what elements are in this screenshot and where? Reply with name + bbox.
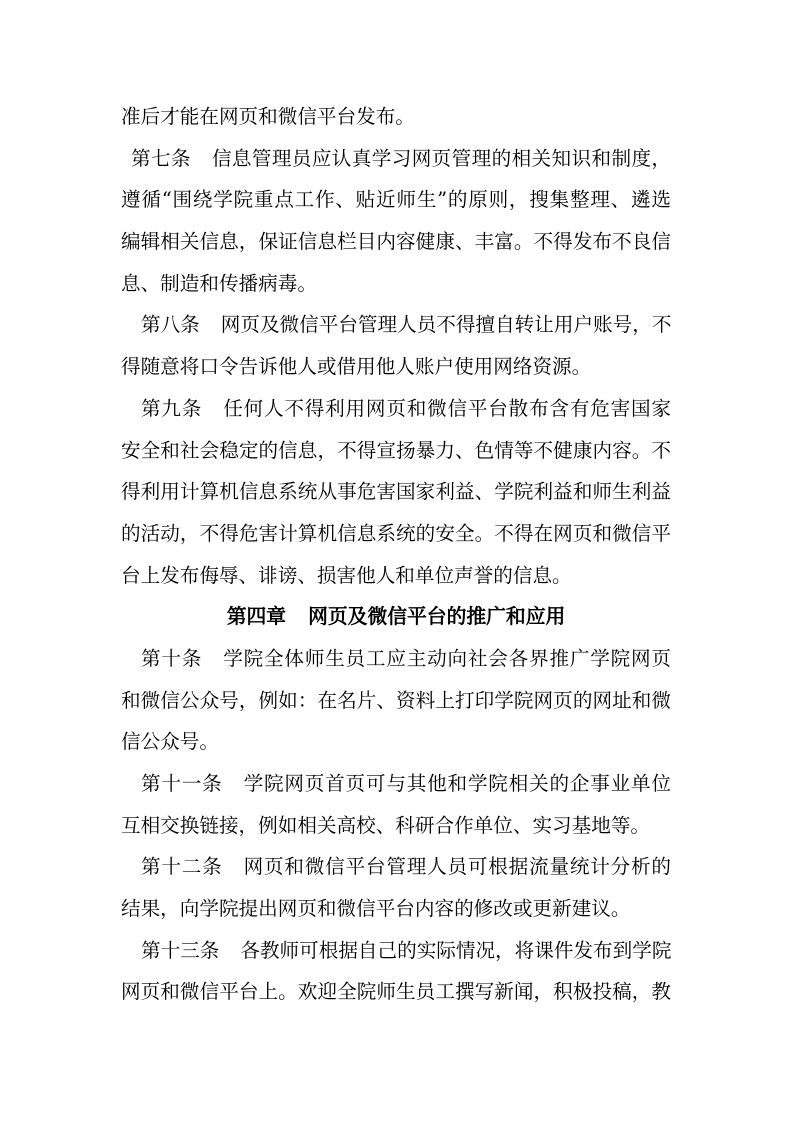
continued-paragraph-line: 准后才能在网页和微信平台发布。: [121, 96, 671, 138]
article-8: 第八条网页及微信平台管理人员不得擅自转让用户账号，不 得随意将口令告诉他人或借用…: [121, 304, 671, 387]
article-label: 第十三条: [141, 939, 219, 962]
article-line: 安全和社会稳定的信息，不得宣扬暴力、色情等不健康内容。不: [121, 430, 671, 472]
article-first-line: 第十三条各教师可根据自己的实际情况，将课件发布到学院: [121, 930, 671, 972]
article-line: 得随意将口令告诉他人或借用他人账户使用网络资源。: [121, 346, 671, 388]
article-first-line: 第八条网页及微信平台管理人员不得擅自转让用户账号，不: [121, 304, 671, 346]
article-text: 各教师可根据自己的实际情况，将课件发布到学院: [240, 939, 671, 962]
article-line: 息、制造和传播病毒。: [121, 263, 671, 305]
article-10: 第十条学院全体师生员工应主动向社会各界推广学院网页 和微信公众号，例如：在名片、…: [121, 638, 671, 763]
article-label: 第八条: [141, 313, 200, 336]
article-text: 网页和微信平台管理人员可根据流量统计分析的: [244, 855, 671, 878]
article-first-line: 第十二条网页和微信平台管理人员可根据流量统计分析的: [121, 846, 671, 888]
article-first-line: 第十条学院全体师生员工应主动向社会各界推广学院网页: [121, 638, 671, 680]
article-line: 的活动，不得危害计算机信息系统的安全。不得在网页和微信平: [121, 513, 671, 555]
article-11: 第十一条学院网页首页可与其他和学院相关的企事业单位 互相交换链接，例如相关高校、…: [121, 763, 671, 846]
article-label: 第十一条: [141, 772, 223, 795]
article-line: 结果，向学院提出网页和微信平台内容的修改或更新建议。: [121, 888, 671, 930]
article-line: 台上发布侮辱、诽谤、损害他人和单位声誉的信息。: [121, 555, 671, 597]
document-page: 准后才能在网页和微信平台发布。 第七条信息管理员应认真学习网页管理的相关知识和制…: [0, 0, 793, 1122]
article-text: 任何人不得利用网页和微信平台散布含有危害国家: [223, 397, 671, 420]
article-first-line: 第十一条学院网页首页可与其他和学院相关的企事业单位: [121, 763, 671, 805]
article-label: 第七条: [131, 147, 191, 170]
article-7: 第七条信息管理员应认真学习网页管理的相关知识和制度， 遵循“围绕学院重点工作、贴…: [121, 138, 671, 305]
article-line: 和微信公众号，例如：在名片、资料上打印学院网页的网址和微: [121, 680, 671, 722]
article-first-line: 第七条信息管理员应认真学习网页管理的相关知识和制度，: [121, 138, 671, 180]
article-text: 网页及微信平台管理人员不得擅自转让用户账号，不: [221, 313, 672, 336]
article-line: 信公众号。: [121, 721, 671, 763]
article-label: 第九条: [141, 397, 202, 420]
article-text: 学院全体师生员工应主动向社会各界推广学院网页: [223, 647, 671, 670]
article-label: 第十条: [141, 647, 202, 670]
chapter-title: 网页及微信平台的推广和应用: [308, 605, 565, 628]
page-body: 准后才能在网页和微信平台发布。 第七条信息管理员应认真学习网页管理的相关知识和制…: [121, 96, 671, 1013]
chapter-number: 第四章: [227, 605, 286, 628]
article-label: 第十二条: [141, 855, 223, 878]
article-line: 编辑相关信息，保证信息栏目内容健康、丰富。不得发布不良信: [121, 221, 671, 263]
article-9: 第九条任何人不得利用网页和微信平台散布含有危害国家 安全和社会稳定的信息，不得宣…: [121, 388, 671, 596]
article-line: 网页和微信平台上。欢迎全院师生员工撰写新闻，积极投稿，教: [121, 971, 671, 1013]
article-text: 信息管理员应认真学习网页管理的相关知识和制度，: [212, 147, 671, 170]
chapter-heading: 第四章网页及微信平台的推广和应用: [121, 596, 671, 638]
article-13: 第十三条各教师可根据自己的实际情况，将课件发布到学院 网页和微信平台上。欢迎全院…: [121, 930, 671, 1013]
article-first-line: 第九条任何人不得利用网页和微信平台散布含有危害国家: [121, 388, 671, 430]
article-line: 遵循“围绕学院重点工作、贴近师生”的原则，搜集整理、遴选: [121, 179, 671, 221]
article-line: 互相交换链接，例如相关高校、科研合作单位、实习基地等。: [121, 805, 671, 847]
article-text: 学院网页首页可与其他和学院相关的企事业单位: [244, 772, 671, 795]
article-line: 得利用计算机信息系统从事危害国家利益、学院利益和师生利益: [121, 471, 671, 513]
article-12: 第十二条网页和微信平台管理人员可根据流量统计分析的 结果，向学院提出网页和微信平…: [121, 846, 671, 929]
